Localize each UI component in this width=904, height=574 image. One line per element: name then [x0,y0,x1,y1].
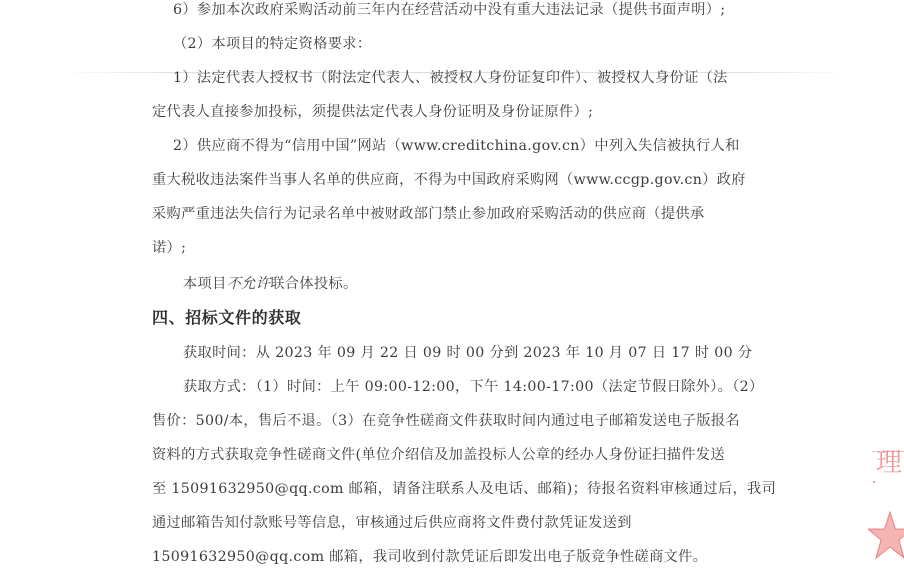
seal-stamp-char: 理 [876,448,902,478]
stamp-speck [873,481,875,483]
acquisition-method-line-3: 资料的方式获取竞争性磋商文件(单位介绍信及加盖投标人公章的经办人身份证扫描件发送 [152,445,725,465]
document-page: 6）参加本次政府采购活动前三年内在经营活动中没有重大违法记录（提供书面声明）; … [0,0,904,574]
specific-requirement-2-line-4: 诺）; [152,238,186,258]
specific-requirement-2-line-3: 采购严重违法失信行为记录名单中被财政部门禁止参加政府采购活动的供应商（提供承 [152,204,704,224]
seal-star-icon [868,510,904,562]
acquisition-method-line-4: 至 15091632950@qq.com 邮箱，请备注联系人及电话、邮箱)；待报… [152,479,776,499]
consortium-emphasis: 不允许 [227,276,271,292]
acquisition-method-line-2: 售价：500/本，售后不退。（3）在竞争性磋商文件获取时间内通过电子邮箱发送电子… [152,411,740,431]
specific-qualification-heading: （2）本项目的特定资格要求： [173,34,371,54]
acquisition-time: 获取时间：从 2023 年 09 月 22 日 09 时 00 分到 2023 … [183,343,752,363]
consortium-prefix: 本项目 [183,276,227,292]
acquisition-method-line-6: 15091632950@qq.com 邮箱，我司收到付款凭证后即发出电子版竞争性… [152,547,707,567]
qualification-item-6: 6）参加本次政府采购活动前三年内在经营活动中没有重大违法记录（提供书面声明）; [173,0,725,20]
section-heading-document-acquisition: 四、招标文件的获取 [152,308,301,328]
specific-requirement-2-line-1: 2）供应商不得为“信用中国”网站（www.creditchina.gov.cn）… [173,136,740,156]
specific-requirement-1-line-1: 1）法定代表人授权书（附法定代表人、被授权人身份证复印件）、被授权人身份证（法 [173,68,728,88]
consortium-suffix: 联合体投标。 [270,276,357,292]
consortium-statement: 本项目不允许联合体投标。 [183,274,357,294]
acquisition-method-line-5: 通过邮箱告知付款账号等信息，审核通过后供应商将文件费付款凭证发送到 [152,513,632,533]
acquisition-method-line-1: 获取方式：（1）时间：上午 09:00-12:00，下午 14:00-17:00… [183,377,764,397]
specific-requirement-1-line-2: 定代表人直接参加投标，须提供法定代表人身份证明及身份证原件）; [152,102,593,122]
specific-requirement-2-line-2: 重大税收违法案件当事人名单的供应商，不得为中国政府采购网（www.ccgp.go… [152,170,746,190]
